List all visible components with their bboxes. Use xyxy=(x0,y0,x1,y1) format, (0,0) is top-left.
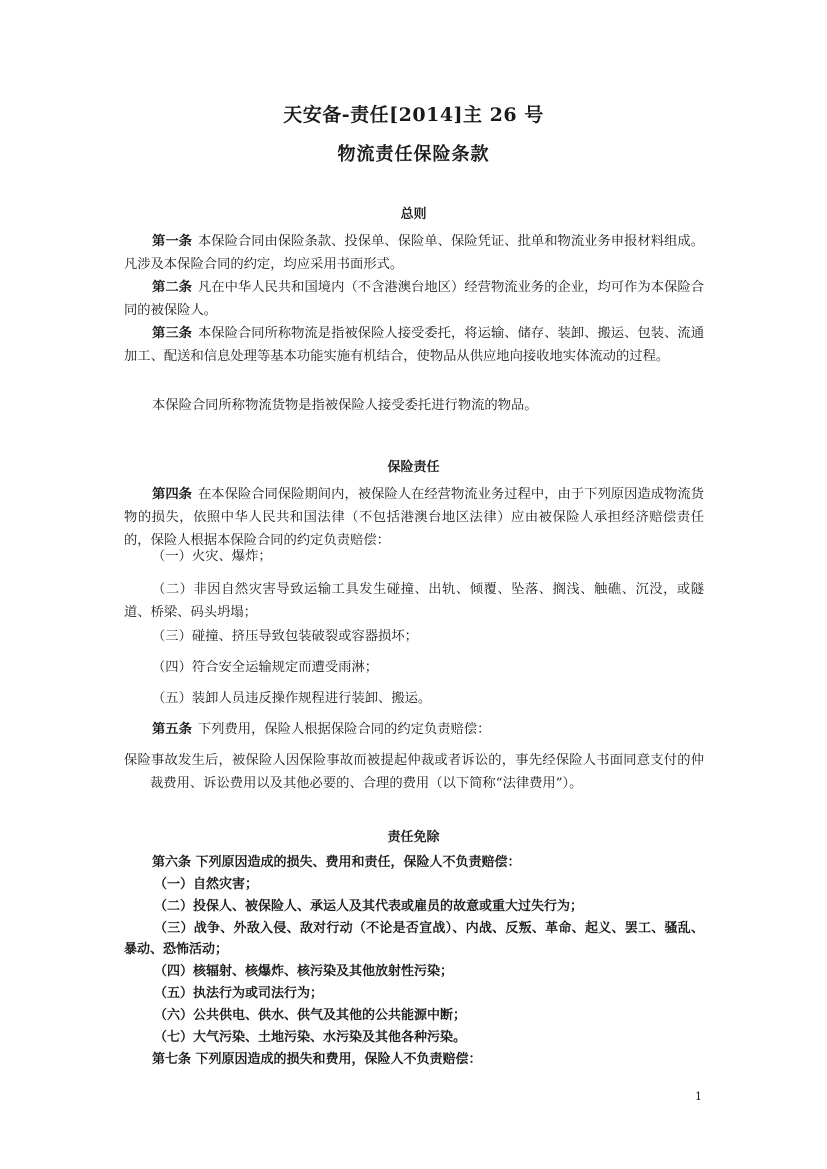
article-5-paragraph-2: 保险事故发生后，被保险人因保险事故而被提起仲裁或者诉讼的，事先经保险人书面同意支… xyxy=(124,749,704,795)
document-page: 天安备-责任[2014]主 26 号 物流责任保险条款 总则 第一条本保险合同由… xyxy=(0,0,827,1169)
article-number: 第三条 xyxy=(152,326,192,341)
article-4: 第四条在本保险合同保险期间内，被保险人在经营物流业务过程中，由于下列原因造成物流… xyxy=(124,483,704,552)
document-main-title: 物流责任保险条款 xyxy=(0,140,827,166)
article-5-paragraph-2-text: 保险事故发生后，被保险人因保险事故而被提起仲裁或者诉讼的，事先经保险人书面同意支… xyxy=(150,749,704,795)
article-2: 第二条凡在中华人民共和国境内（不含港澳台地区）经营物流业务的企业，均可作为本保险… xyxy=(124,276,704,322)
article-text: 下列费用，保险人根据保险合同的约定负责赔偿： xyxy=(198,722,491,737)
exclusion-item-1: （一）自然灾害； xyxy=(124,875,704,896)
exclusion-item-7: （七）大气污染、土地污染、水污染及其他各种污染。 xyxy=(124,1028,704,1049)
exclusion-item-4: （四）核辐射、核爆炸、核污染及其他放射性污染； xyxy=(124,962,704,983)
exclusion-item-5: （五）执法行为或司法行为； xyxy=(124,984,704,1005)
article-1: 第一条本保险合同由保险条款、投保单、保险单、保险凭证、批单和物流业务申报材料组成… xyxy=(124,230,704,276)
article-number: 第二条 xyxy=(152,280,192,295)
liability-item-3: （三）碰撞、挤压导致包装破裂或容器损坏； xyxy=(124,625,704,648)
article-6: 第六条 下列原因造成的损失、费用和责任，保险人不负责赔偿： xyxy=(124,853,704,874)
article-3: 第三条本保险合同所称物流是指被保险人接受委托，将运输、储存、装卸、搬运、包装、流… xyxy=(124,322,704,368)
liability-item-5: （五）装卸人员违反操作规程进行装卸、搬运。 xyxy=(124,687,704,710)
article-3-paragraph-2: 本保险合同所称物流货物是指被保险人接受委托进行物流的物品。 xyxy=(124,394,704,417)
article-text: 在本保险合同保险期间内，被保险人在经营物流业务过程中，由于下列原因造成物流货物的… xyxy=(124,487,704,548)
article-text: 凡在中华人民共和国境内（不含港澳台地区）经营物流业务的企业，均可作为本保险合同的… xyxy=(124,280,704,318)
article-7: 第七条 下列原因造成的损失和费用，保险人不负责赔偿： xyxy=(124,1050,704,1071)
liability-item-2: （二）非因自然灾害导致运输工具发生碰撞、出轨、倾覆、坠落、搁浅、触礁、沉没，或隧… xyxy=(124,578,704,624)
article-5: 第五条下列费用，保险人根据保险合同的约定负责赔偿： xyxy=(124,718,704,741)
section-heading-general: 总则 xyxy=(0,203,827,222)
document-code-title: 天安备-责任[2014]主 26 号 xyxy=(0,100,827,127)
liability-item-1: （一）火灾、爆炸； xyxy=(124,545,704,568)
article-text: 本保险合同所称物流是指被保险人接受委托，将运输、储存、装卸、搬运、包装、流通加工… xyxy=(124,326,704,364)
exclusion-item-3: （三）战争、外敌入侵、敌对行动（不论是否宣战）、内战、反叛、革命、起义、罢工、骚… xyxy=(124,919,704,960)
liability-item-4: （四）符合安全运输规定而遭受雨淋； xyxy=(124,656,704,679)
article-text: 本保险合同由保险条款、投保单、保险单、保险凭证、批单和物流业务申报材料组成。凡涉… xyxy=(124,234,704,272)
page-number: 1 xyxy=(695,1090,702,1103)
section-heading-liability: 保险责任 xyxy=(0,456,827,475)
article-number: 第一条 xyxy=(152,234,192,249)
section-heading-exclusions: 责任免除 xyxy=(0,826,827,845)
exclusion-item-2: （二）投保人、被保险人、承运人及其代表或雇员的故意或重大过失行为； xyxy=(124,897,704,918)
article-number: 第五条 xyxy=(152,722,192,737)
article-number: 第四条 xyxy=(152,487,192,502)
exclusion-item-6: （六）公共供电、供水、供气及其他的公共能源中断； xyxy=(124,1006,704,1027)
